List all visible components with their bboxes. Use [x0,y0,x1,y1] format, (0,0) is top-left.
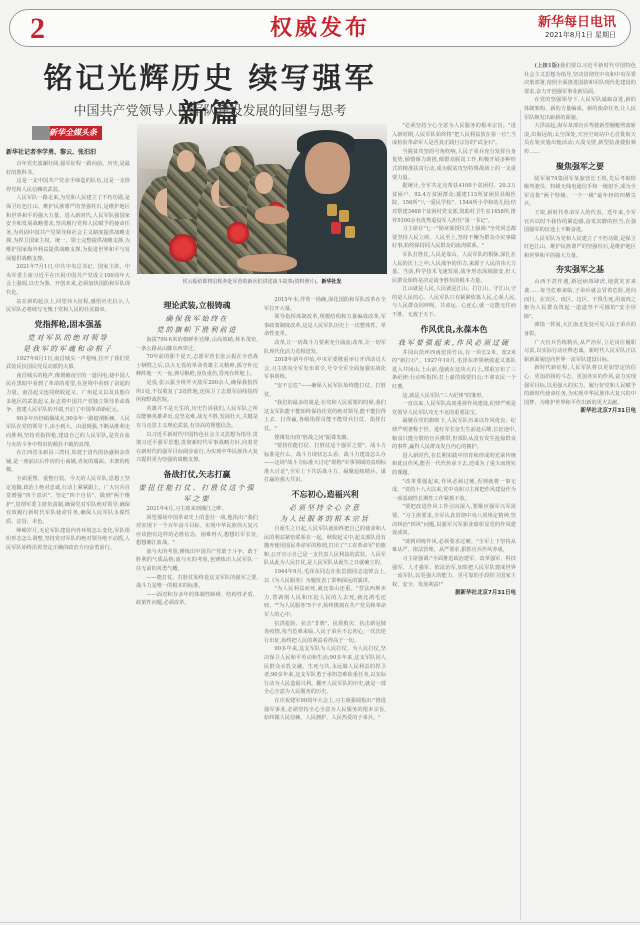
dateline: 据新华社北京7月31日电 [392,589,516,598]
paragraph: 1944年9月,毛泽东同志在张思德同志追悼会上,以《为人民服务》为题发表了影响深… [264,568,386,585]
paragraph: 以习近平新时代中国特色社会主义思想为指导,贯彻习近平强军思想,贯彻新时代军事战略… [136,431,258,465]
section-quote: 为人民服务的根本宗旨 [264,514,386,525]
paragraph: 回望那场中国革命史上的悲壮一战,他指出:"我们对实现下一个百年奋斗目标、实现中华… [136,514,258,548]
paragraph: 王锐,新时代革命军人的代表。近年来,全军官兵以时不我待的紧迫感,奋发其磨的担当,… [524,209,636,235]
photo-credit: 新华社发 [321,279,341,285]
badge-logo-icon [32,126,50,140]
paragraph: 自诞生之日起,人民军队就始终把自己的使命和人民的利益紧密联系在一起。秋收起义中,… [264,525,386,568]
paragraph: 据统计,全军共定点帮扶4100个贫困村、20.3万贫困户、92.4万贫困群众;援… [392,182,516,225]
paragraph: 2018年新年伊始,中央军委隆重举行开训动员大会,习主席向全军发布训令,号令全军… [264,356,386,382]
column-1: 百年党史波澜壮阔,强军征程一路向前。历史,是最好的教科书。 这是一支中国共产党亲… [6,160,130,920]
section-quote: 必须坚持全心全意 [264,503,386,514]
news-photo [137,124,387,274]
paragraph: "谈到训练作风,必须要求过硬。"全军上下坚持从难从严、依法管理、从严要求,狠抓官… [392,538,516,555]
dateline: 新华社北京7月31日电 [524,407,636,416]
paragraph: 1927年8月1日,南昌城头一声枪响,拉开了我们党武装反抗国民党反动派的大幕。 [6,355,130,372]
paragraph: 2021年4月,习主席来到湘江之畔。 [136,505,258,514]
paragraph: 大浮浪起,海军某部官兵驾驶新型舰艇劈波斩浪,出海远航;太空深处,天宫空间站中心首… [524,122,636,156]
paragraph: 90多年来,这支军队为人民打仗、为人民打仗,坚决保卫人民和平劳动和生活;90多年… [264,645,386,697]
paragraph: 在党的坚强领导下,人民军队砥砺奋进,新的体制架构、新的力量编成、新的使命任务,让… [524,96,636,122]
paragraph: 英雄并不是天生的,历史告诉我们,人民军队之所以能够英雄辈出,克坚克难,战无不胜,… [136,405,258,431]
paragraph: 南昌城头的枪声,像划破夜空的一道闪电,使中国人民在黑暗中看到了革命的希望,在逆境… [6,372,130,415]
paragraph: 陆军第74集团军某旅营长王锐,先后考取特级驾驶员、特级无线电通信手和一级射手,成… [524,175,636,209]
paragraph: 这,就是人民军队"三大纪律"的雏形。 [392,392,516,401]
paragraph: 弹指一挥间,大江南北处处可见人民子弟兵的身影。 [524,321,636,338]
paragraph: 江山就是人民,人民就是江山。打江山、守江山,守的是人民的心。人民军队只有紧紧依靠… [392,285,516,319]
paragraph: 在江西省永新县三湾村,始建于清代的协盛和杂货铺,是一座前店后作坊的小商铺,青灰的… [6,449,130,475]
continued-marker: (上接1版) [534,63,559,69]
paragraph: 人民军队为党和人民建立了不朽功勋,是保卫红色江山、维护民族尊严的坚强柱石,是维护… [524,235,636,261]
section-heading: 作风优良,永葆本色 [392,324,516,336]
section-quote: 党的旗帜下胜利前进 [136,325,258,336]
paragraph: 在庆祝建军90周年大会上,习主席强调指出:"推进强军事业,必须坚持全心全意为人民… [264,697,386,723]
byline: 新华社记者李学勇、黎云、张汨汨 [6,147,128,156]
paragraph: ——能打仗、打胜仗始终是这支军队的强军之要,战斗力是唯一的根本的标准。 [136,574,258,591]
section-heading: 聚焦强军之要 [524,161,636,173]
paragraph: 站在新的起点上,回望伟大征程,感悟历史启示,人民军队必将续写无愧于党和人民的壮美… [6,298,130,315]
paragraph: 血与火的考验,锤炼出中国共产党敢于斗争、敢于胜利的气质品格;血与火的考验,也锤炼… [136,548,258,574]
main-headline: 铭记光辉历史 续写强军新篇 [30,60,390,132]
paragraph: 2021年7月1日,中共中央总书记、国家主席、中央军委主席习近平在庆祝中国共产党… [6,263,130,297]
paragraph: 是役,张云振全班歼灭敌军200余人,确保我指挥所1处,不仅收复了3处阵地,还保卫… [136,379,258,405]
paragraph: 军队打胜仗,人民是靠山。人民军队的根脉,深扎在人民的沃土之中;人民战争的伟力,来… [392,251,516,285]
section-heading: 夯实强军之基 [524,264,636,276]
paragraph: 峥嵘岁月,无论军队建设内外环境怎么变化,军队组织形态怎么调整,坚持党对军队的绝对… [6,527,130,553]
issue-date: 2021年8月1日 星期日 [538,30,616,40]
section-quote: 党对军队的绝对领导 [6,333,130,344]
paragraph: 人民军队一路走来,为党和人民建立了不朽功勋,是保卫红色江山、维护民族尊严的坚强柱… [6,194,130,263]
paragraph: 井冈山茨坪西南崖顶竹山,有一块长2米、宽2米的"新打石"。1927年10月,毛泽… [392,349,516,392]
paragraph: 当脱贫攻坚的号角吹响,人民子弟兵充分发挥自身优势,倾情倾力助推,倾群众脱贫工作,… [392,148,516,182]
photo-caption: 侯云振给即将启程奔赴军营的新兵们讲述战斗故事(资料照片)。新华社发 [137,278,387,286]
masthead-logo: 新华每日电讯 [538,15,616,30]
paragraph: "要扭住能打仗、打胜仗这个强军之要"。战斗力标准是什么、战斗力现状怎么看、战斗力… [264,442,386,485]
page-header: 2 权威发布 新华每日电讯 2021年8月1日 星期日 [9,9,631,47]
column-4: "必须坚持全心全意为人民服务的根本宗旨。"进入新时期,人民军队始终将"把人民利益… [392,122,516,920]
paragraph: 海拔799.6米的朝鲜朴达峰,山高坡峭,林木茂密,一条公路从山脚东西穿过。 [136,336,258,353]
paragraph: "为人民利益而死,就比泰山还重。"替法西斯卖力,替剥削人民和压迫人民的人去死,就… [264,585,386,619]
caption-text: 侯云振给即将启程奔赴军营的新兵们讲述战斗故事(资料照片)。 [183,279,322,285]
paragraph: (上接1版)我们要以习近平新时代中国特色社会主义思想为指导,坚决贯彻党中央和中央… [524,62,636,96]
section-quote: 是我军的军魂和命根子 [6,344,130,355]
paragraph: 领导指挥体制改革,规模结构和力量编成改革,军事政策制度改革,这是人民军队历史上一… [264,313,386,339]
sub-headline: 中国共产党领导人民军队建设发展的回望与思考 [30,103,390,121]
paragraph: 70年前的那个夏天,志愿军营长张云振在全营战士牺牲之后,以大无畏的革命英雄主义精… [136,353,258,379]
paragraph: 铿锵发出的"胜战之问"振聋发聩。 [264,434,386,443]
paragraph: 改革,让一切战斗力要素充分涌流;改革,让一切军队现代化活力竞相迸发。 [264,339,386,356]
paragraph: 广大官兵苦练精兵,从严治军,立足岗位履职尽责,以实际行动诠释忠诚。新时代人民军队… [524,339,636,365]
column-3: 2015年末,伴着一场确,深化国防和军队改革在全军拉开大幕。 领导指挥体制改革,… [264,296,386,920]
masthead: 新华每日电讯 2021年8月1日 星期日 [538,15,616,40]
bottom-rule [0,922,640,923]
paragraph: 这是一支中国共产党亲手缔造的队伍,这是一支值得党和人民信赖的武装。 [6,177,130,194]
column-5: (上接1版)我们要以习近平新时代中国特色社会主义思想为指导,坚决贯彻党中央和中央… [524,62,636,920]
paragraph: 凝聚在党的旗帜下,人民军队历来以作风优良、纪律严明著称于世。进红军长征生生前赴后… [392,417,516,451]
paragraph: 习主席强调:"全面推进政治建军、改革强军、科技强军、人才强军、依法治军,加快把人… [392,555,516,589]
column-divider [520,110,521,920]
paragraph: 进入新时代,在长期实践中培育和形成的光荣传统和优良作风,能否一代代传承下去,还成… [392,452,516,478]
paragraph: 山西不甚作遇,新冠病毒肆虐,地震灾害来袭……每当危难来临,子弟兵就会冒着危险,逆… [524,278,636,321]
section-quote: 我军要强起来,作风必须过硬 [392,338,516,349]
paragraph: ——面对积存多年的体制性障碍、结构性矛盾、政策性问题,必须改革。 [136,591,258,608]
section-quote: 要扭住能打仗、打胜仗这个强军之要 [136,483,258,505]
paragraph: 90多年历经硝烟战火,90多年一路披荆斩棘。人民军队在党的领导下,由小到大、由弱… [6,415,130,449]
paragraph: 抗洪抢险、抗击"非典"、抗震救灾、抗击新冠肺炎疫情,每当危难来临,人民子弟兵不忘… [264,620,386,646]
section-heading: 备战打仗,矢志打赢 [136,469,258,481]
paragraph: "我们的最多的就是,在党和人民需要的时候,我们这支军队能不能始终保持住党的绝对领… [264,399,386,433]
column-2: 理论武装,立根铸魂 确保我军始终在 党的旗帜下胜利前进 海拔799.6米的朝鲜朴… [136,296,258,920]
paragraph: "改革要强起来,作风必须过硬,否则就将一事无成。"党的十八大以来,党中央和习主席… [392,478,516,504]
section-heading: 党指挥枪,固本强基 [6,319,130,331]
section-heading: 不忘初心,造福兴利 [264,489,386,501]
paragraph: 习主席在"七一"勋章颁授仪式上强调:"全党同志都要坚持人民立场、人民至上,坚持不… [392,225,516,251]
paragraph: 百年党史波澜壮阔,强军征程一路向前。历史,是最好的教科书。 [6,160,130,177]
paragraph: "安不忘危"——确保人民军队始终能打仗、打胜仗。 [264,382,386,399]
paragraph: 新时代新征程,人民军队将以更加坚定的信心、更加昂扬的斗志、更加务实的作风,奋力实… [524,364,636,407]
paragraph: "必须坚持全心全意为人民服务的根本宗旨。"进入新时期,人民军队始终将"把人民利益… [392,122,516,148]
section-quote: 确保我军始终在 [136,314,258,325]
paragraph: 一直以来,人民军队高度重视作风建设,纪律严明是党领导人民军队攻无不克的重要法宝。 [392,400,516,417]
paragraph: 2015年末,伴着一场确,深化国防和军队改革在全军拉开大幕。 [264,296,386,313]
section-heading: 理论武装,立根铸魂 [136,300,258,312]
paragraph: "要把改进作风工作引向深入,要顺应强军兴军需要。"习主席要求,全军认真贯彻中央八… [392,503,516,537]
paragraph: 全面重塑、重整行装。今天的人民军队,思想上坚定追随,政治上绝对忠诚,行动上紧紧跟… [6,475,130,527]
